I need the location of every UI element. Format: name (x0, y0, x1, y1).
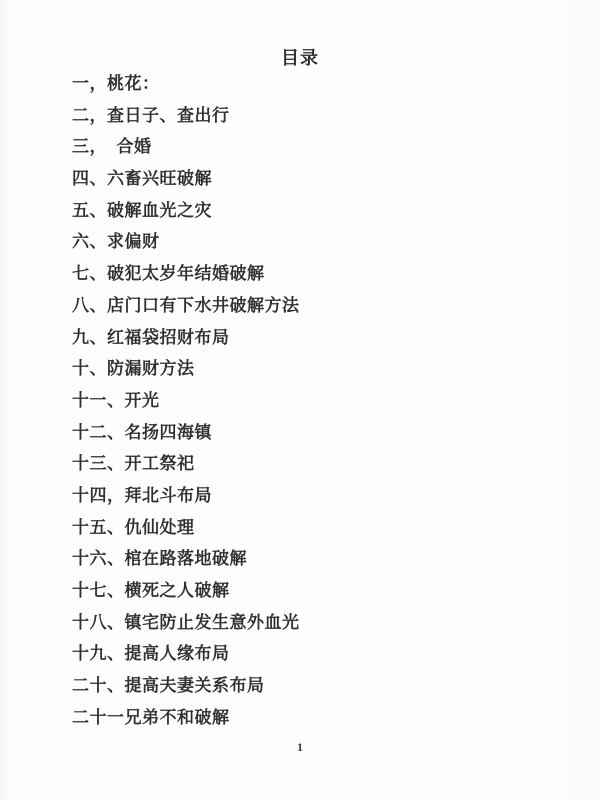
table-of-contents: 一，桃花： 二，查日子、查出行 三， 合婚 四、六畜兴旺破解 五、破解血光之灾 … (72, 74, 552, 739)
toc-item: 十三、开工祭祀 (72, 454, 552, 486)
toc-item: 十二、名扬四海镇 (72, 423, 552, 455)
toc-item: 二，查日子、查出行 (72, 106, 552, 138)
toc-item: 六、求偏财 (72, 232, 552, 264)
toc-item: 九、红福袋招财布局 (72, 328, 552, 360)
toc-item: 三， 合婚 (72, 137, 552, 169)
toc-item: 十七、横死之人破解 (72, 581, 552, 613)
toc-item: 五、破解血光之灾 (72, 201, 552, 233)
toc-item: 十五、仇仙处理 (72, 518, 552, 550)
toc-item: 十九、提高人缘布局 (72, 644, 552, 676)
toc-item: 十一、开光 (72, 391, 552, 423)
scanned-document-page: 目录 一，桃花： 二，查日子、查出行 三， 合婚 四、六畜兴旺破解 五、破解血光… (0, 0, 600, 800)
toc-item: 一，桃花： (72, 74, 552, 106)
toc-item: 十四，拜北斗布局 (72, 486, 552, 518)
toc-item: 十六、棺在路落地破解 (72, 549, 552, 581)
toc-item: 二十一兄弟不和破解 (72, 708, 552, 740)
page-number: 1 (0, 740, 600, 755)
toc-item: 七、破犯太岁年结婚破解 (72, 264, 552, 296)
toc-item: 十、防漏财方法 (72, 359, 552, 391)
page-title: 目录 (0, 44, 600, 70)
toc-item: 八、店门口有下水井破解方法 (72, 296, 552, 328)
toc-item: 十八、镇宅防止发生意外血光 (72, 613, 552, 645)
toc-item: 二十、提高夫妻关系布局 (72, 676, 552, 708)
toc-item: 四、六畜兴旺破解 (72, 169, 552, 201)
